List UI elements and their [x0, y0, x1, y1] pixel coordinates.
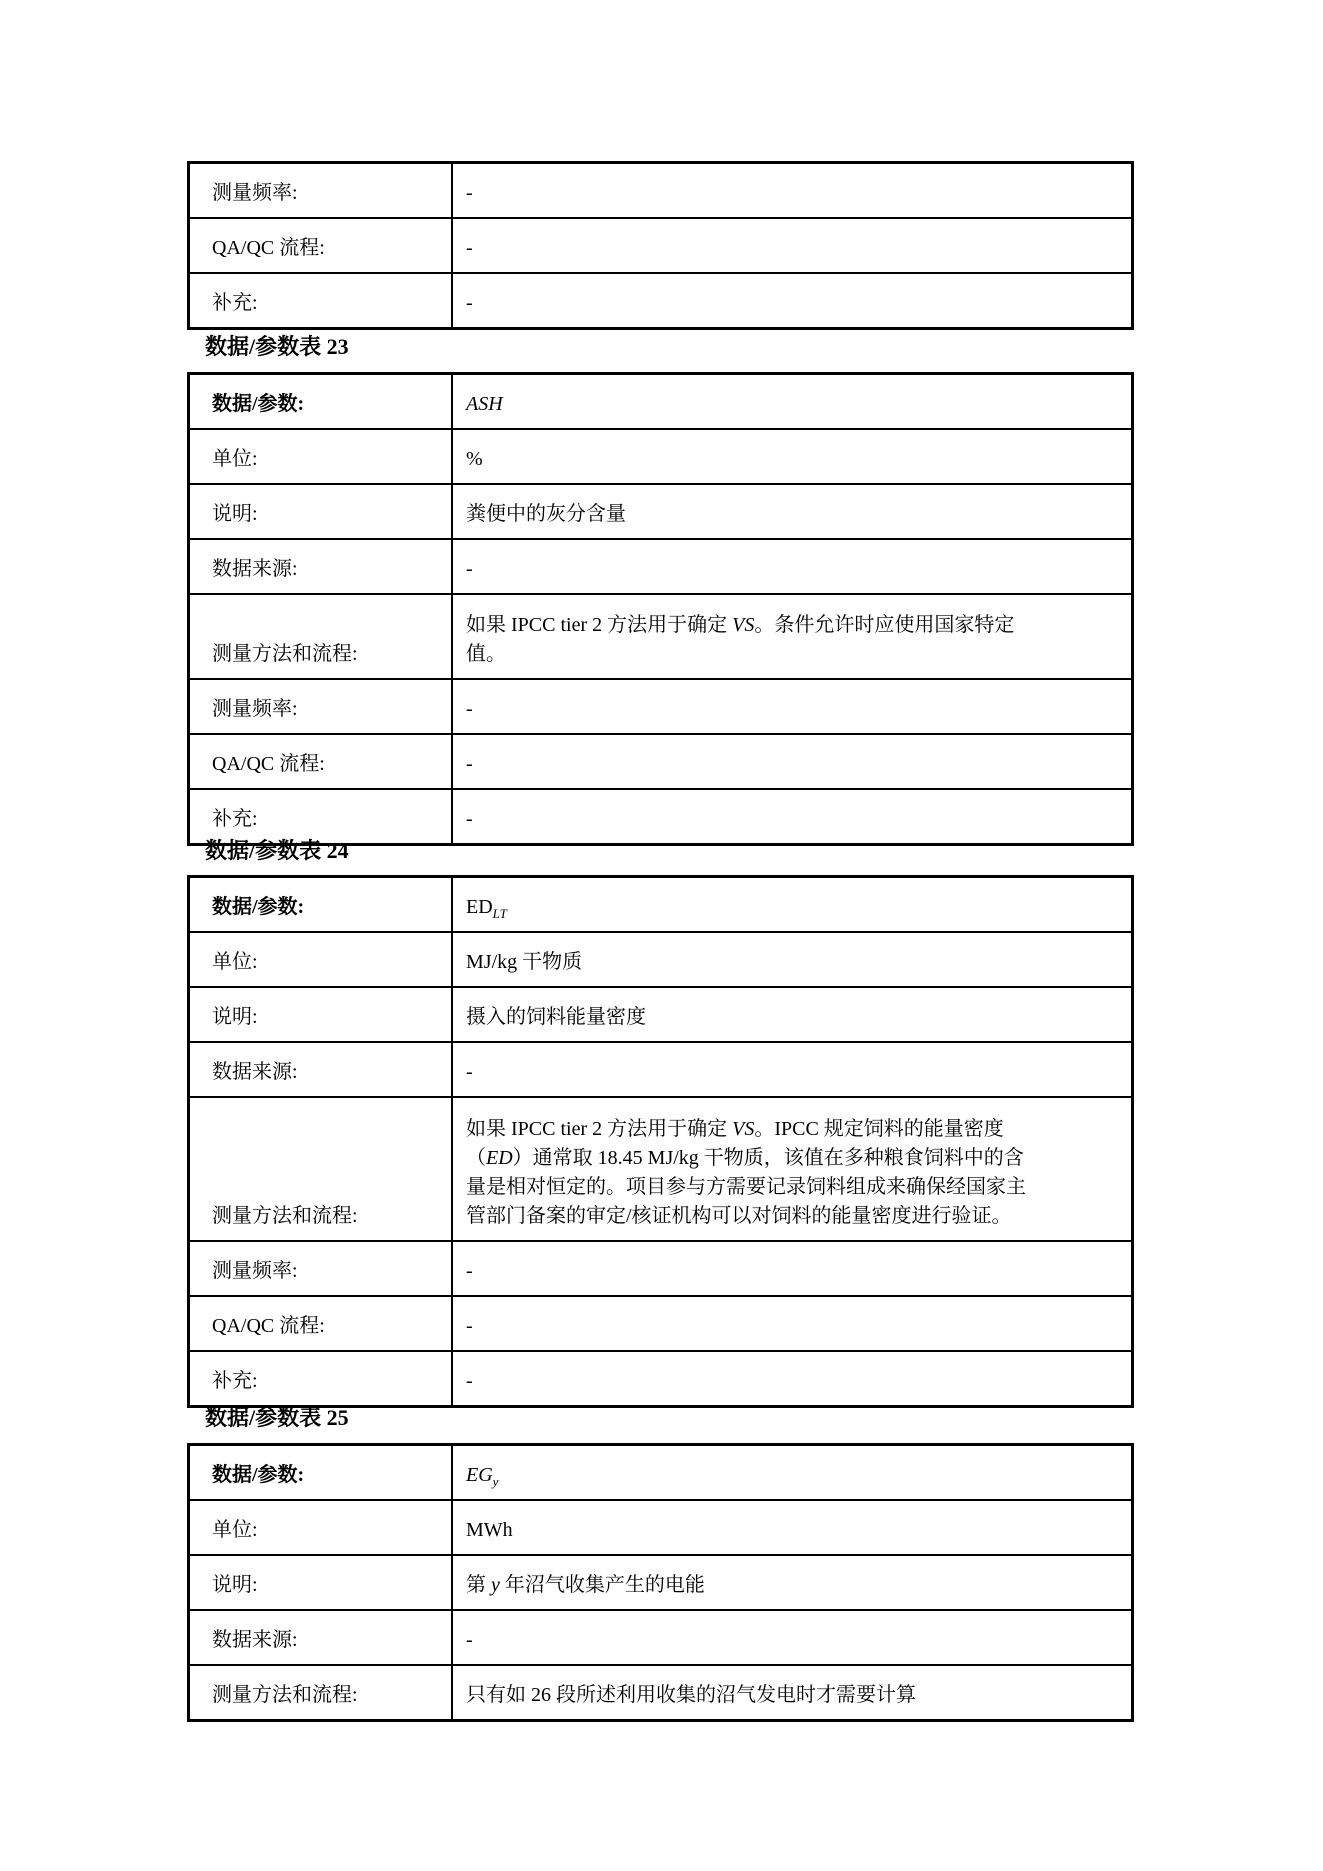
table-row: 补充:- — [190, 272, 1131, 327]
row-value: - — [453, 1352, 1131, 1405]
row-label: 说明: — [190, 485, 453, 538]
table-row: 说明:粪便中的灰分含量 — [190, 483, 1131, 538]
row-label-text: 测量方法和流程: — [212, 1681, 358, 1710]
parameter-table: 测量频率:-QA/QC 流程:-补充:- — [187, 161, 1134, 330]
table-row: 测量方法和流程:如果 IPCC tier 2 方法用于确定 VS。条件允许时应使… — [190, 593, 1131, 678]
table-row: 数据/参数:EDLT — [190, 878, 1131, 931]
table-row: QA/QC 流程:- — [190, 217, 1131, 272]
row-value: EGy — [453, 1446, 1131, 1499]
table-row: QA/QC 流程:- — [190, 1295, 1131, 1350]
row-label-text: 补充: — [212, 289, 258, 318]
row-label: 数据/参数: — [190, 1446, 453, 1499]
row-label: 单位: — [190, 933, 453, 986]
row-label-text: 说明: — [212, 500, 258, 529]
row-label: QA/QC 流程: — [190, 1297, 453, 1350]
row-label-text: QA/QC 流程: — [212, 750, 325, 779]
row-value: - — [453, 1043, 1131, 1096]
row-value: EDLT — [453, 878, 1131, 931]
row-label: 数据来源: — [190, 1611, 453, 1664]
row-label-text: 数据来源: — [212, 555, 298, 584]
row-label-text: 补充: — [212, 805, 258, 834]
row-label-text: 测量方法和流程: — [212, 1202, 358, 1231]
row-value: - — [453, 164, 1131, 217]
table-row: 数据来源:- — [190, 538, 1131, 593]
row-value: - — [453, 219, 1131, 272]
row-label-text: 单位: — [212, 1516, 258, 1545]
row-value-text: - — [466, 234, 473, 263]
row-label: 补充: — [190, 1352, 453, 1405]
row-value: 摄入的饲料能量密度 — [453, 988, 1131, 1041]
parameter-table: 数据/参数:EGy单位:MWh说明:第 y 年沼气收集产生的电能数据来源:-测量… — [187, 1443, 1134, 1722]
parameter-table: 数据/参数:ASH单位:%说明:粪便中的灰分含量数据来源:-测量方法和流程:如果… — [187, 372, 1134, 846]
row-label-text: QA/QC 流程: — [212, 1312, 325, 1341]
row-value: - — [453, 790, 1131, 843]
table-row: 测量方法和流程:如果 IPCC tier 2 方法用于确定 VS。IPCC 规定… — [190, 1096, 1131, 1240]
row-value-text: EDLT — [466, 893, 507, 922]
row-value: ASH — [453, 375, 1131, 428]
row-label-text: 说明: — [212, 1571, 258, 1600]
row-label: 单位: — [190, 430, 453, 483]
row-label-text: 数据/参数: — [212, 390, 304, 419]
row-value: % — [453, 430, 1131, 483]
row-label: 数据来源: — [190, 540, 453, 593]
row-label: 测量频率: — [190, 1242, 453, 1295]
row-value-text: MJ/kg 干物质 — [466, 948, 582, 977]
document-page: 测量频率:-QA/QC 流程:-补充:-数据/参数表 23数据/参数:ASH单位… — [0, 0, 1323, 1871]
row-label-text: 单位: — [212, 445, 258, 474]
row-label: 测量频率: — [190, 164, 453, 217]
table-row: 数据/参数:ASH — [190, 375, 1131, 428]
table-row: 说明:摄入的饲料能量密度 — [190, 986, 1131, 1041]
section-heading: 数据/参数表 25 — [205, 1405, 349, 1431]
row-value-text: - — [466, 289, 473, 318]
table-row: 单位:% — [190, 428, 1131, 483]
section-heading: 数据/参数表 23 — [205, 334, 349, 360]
row-value-text: - — [466, 179, 473, 208]
row-label-text: 数据/参数: — [212, 893, 304, 922]
row-label: 补充: — [190, 274, 453, 327]
row-value-text: - — [466, 750, 473, 779]
row-value: - — [453, 274, 1131, 327]
row-label-text: 数据/参数: — [212, 1461, 304, 1490]
row-label: 单位: — [190, 1501, 453, 1554]
table-row: 测量频率:- — [190, 1240, 1131, 1295]
table-row: 补充:- — [190, 1350, 1131, 1405]
table-row: 测量频率:- — [190, 164, 1131, 217]
row-label-text: 测量频率: — [212, 695, 298, 724]
row-value: - — [453, 540, 1131, 593]
row-label-text: 测量频率: — [212, 179, 298, 208]
table-row: QA/QC 流程:- — [190, 733, 1131, 788]
row-label-text: 数据来源: — [212, 1626, 298, 1655]
row-label-text: 测量频率: — [212, 1257, 298, 1286]
row-label: 测量方法和流程: — [190, 1666, 453, 1719]
table-row: 单位:MWh — [190, 1499, 1131, 1554]
row-label-text: 说明: — [212, 1003, 258, 1032]
row-value-text: % — [466, 445, 483, 474]
row-value-text: ASH — [466, 390, 503, 419]
row-value-text: MWh — [466, 1516, 513, 1545]
row-value: - — [453, 1242, 1131, 1295]
row-value: MJ/kg 干物质 — [453, 933, 1131, 986]
row-label-text: 单位: — [212, 948, 258, 977]
table-row: 单位:MJ/kg 干物质 — [190, 931, 1131, 986]
row-value-text: 如果 IPCC tier 2 方法用于确定 VS。IPCC 规定饲料的能量密度（… — [466, 1115, 1026, 1231]
row-label: QA/QC 流程: — [190, 219, 453, 272]
row-value-text: - — [466, 1058, 473, 1087]
row-label: 补充: — [190, 790, 453, 843]
table-row: 测量方法和流程:只有如 26 段所述利用收集的沼气发电时才需要计算 — [190, 1664, 1131, 1719]
row-value: 粪便中的灰分含量 — [453, 485, 1131, 538]
row-label: 测量方法和流程: — [190, 595, 453, 678]
table-row: 数据来源:- — [190, 1041, 1131, 1096]
row-label: 说明: — [190, 1556, 453, 1609]
row-label: QA/QC 流程: — [190, 735, 453, 788]
row-label-text: 补充: — [212, 1367, 258, 1396]
row-label: 数据/参数: — [190, 375, 453, 428]
row-value: - — [453, 680, 1131, 733]
row-value-text: 如果 IPCC tier 2 方法用于确定 VS。条件允许时应使用国家特定值。 — [466, 611, 1014, 669]
row-label: 说明: — [190, 988, 453, 1041]
table-row: 补充:- — [190, 788, 1131, 843]
row-value-text: - — [466, 1367, 473, 1396]
row-value-text: - — [466, 555, 473, 584]
row-value-text: 第 y 年沼气收集产生的电能 — [466, 1571, 705, 1600]
row-label: 数据/参数: — [190, 878, 453, 931]
row-value-text: - — [466, 695, 473, 724]
row-value-text: 粪便中的灰分含量 — [466, 500, 626, 529]
parameter-table: 数据/参数:EDLT单位:MJ/kg 干物质说明:摄入的饲料能量密度数据来源:-… — [187, 875, 1134, 1408]
row-value-text: 摄入的饲料能量密度 — [466, 1003, 646, 1032]
row-value-text: - — [466, 805, 473, 834]
row-label: 测量频率: — [190, 680, 453, 733]
row-label-text: 测量方法和流程: — [212, 640, 358, 669]
table-row: 说明:第 y 年沼气收集产生的电能 — [190, 1554, 1131, 1609]
row-value-text: EGy — [466, 1461, 498, 1490]
row-value-text: 只有如 26 段所述利用收集的沼气发电时才需要计算 — [466, 1681, 916, 1710]
row-value: - — [453, 1611, 1131, 1664]
row-label: 数据来源: — [190, 1043, 453, 1096]
row-value: - — [453, 735, 1131, 788]
table-row: 测量频率:- — [190, 678, 1131, 733]
row-value-text: - — [466, 1257, 473, 1286]
row-value: 如果 IPCC tier 2 方法用于确定 VS。IPCC 规定饲料的能量密度（… — [453, 1098, 1131, 1240]
table-row: 数据/参数:EGy — [190, 1446, 1131, 1499]
table-row: 数据来源:- — [190, 1609, 1131, 1664]
section-heading: 数据/参数表 24 — [205, 838, 349, 864]
row-value: 第 y 年沼气收集产生的电能 — [453, 1556, 1131, 1609]
row-value: - — [453, 1297, 1131, 1350]
row-label-text: 数据来源: — [212, 1058, 298, 1087]
row-value: MWh — [453, 1501, 1131, 1554]
row-value: 如果 IPCC tier 2 方法用于确定 VS。条件允许时应使用国家特定值。 — [453, 595, 1131, 678]
row-value: 只有如 26 段所述利用收集的沼气发电时才需要计算 — [453, 1666, 1131, 1719]
row-label: 测量方法和流程: — [190, 1098, 453, 1240]
row-value-text: - — [466, 1312, 473, 1341]
row-value-text: - — [466, 1626, 473, 1655]
row-label-text: QA/QC 流程: — [212, 234, 325, 263]
